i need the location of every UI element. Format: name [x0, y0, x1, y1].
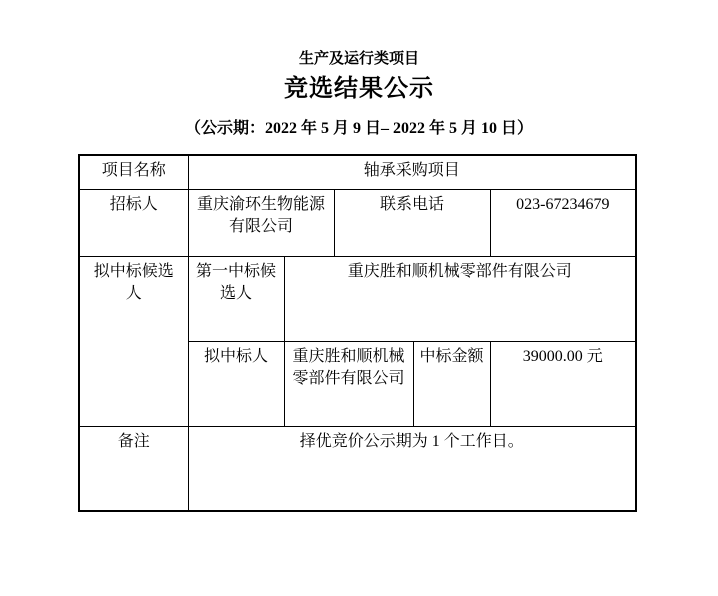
project-name-value: 轴承采购项目	[188, 155, 636, 189]
first-candidate-value: 重庆胜和顺机械零部件有限公司	[284, 256, 636, 341]
table-row: 拟中标候选人 第一中标候选人 重庆胜和顺机械零部件有限公司	[79, 256, 636, 341]
candidates-label: 拟中标候选人	[79, 256, 188, 426]
project-name-label: 项目名称	[79, 155, 188, 189]
table-row: 项目名称 轴承采购项目	[79, 155, 636, 189]
bid-result-table: 项目名称 轴承采购项目 招标人 重庆渝环生物能源有限公司 联系电话 023-67…	[78, 154, 637, 512]
tenderer-value: 重庆渝环生物能源有限公司	[188, 189, 334, 256]
remark-value: 择优竞价公示期为 1 个工作日。	[188, 426, 636, 511]
remark-label: 备注	[79, 426, 188, 511]
first-candidate-label: 第一中标候选人	[188, 256, 284, 341]
table-row: 招标人 重庆渝环生物能源有限公司 联系电话 023-67234679	[79, 189, 636, 256]
project-category-heading: 生产及运行类项目	[0, 0, 718, 68]
proposed-winner-value: 重庆胜和顺机械零部件有限公司	[284, 341, 413, 426]
announcement-page: 生产及运行类项目 竞选结果公示 （公示期：2022 年 5 月 9 日– 202…	[0, 0, 718, 596]
award-amount-value: 39000.00 元	[490, 341, 636, 426]
contact-phone-value: 023-67234679	[490, 189, 636, 256]
proposed-winner-label: 拟中标人	[188, 341, 284, 426]
table-row: 备注 择优竞价公示期为 1 个工作日。	[79, 426, 636, 511]
page-title: 竞选结果公示	[0, 75, 718, 104]
award-amount-label: 中标金额	[413, 341, 490, 426]
contact-phone-label: 联系电话	[334, 189, 490, 256]
publicity-period: （公示期：2022 年 5 月 9 日– 2022 年 5 月 10 日）	[0, 119, 718, 139]
tenderer-label: 招标人	[79, 189, 188, 256]
